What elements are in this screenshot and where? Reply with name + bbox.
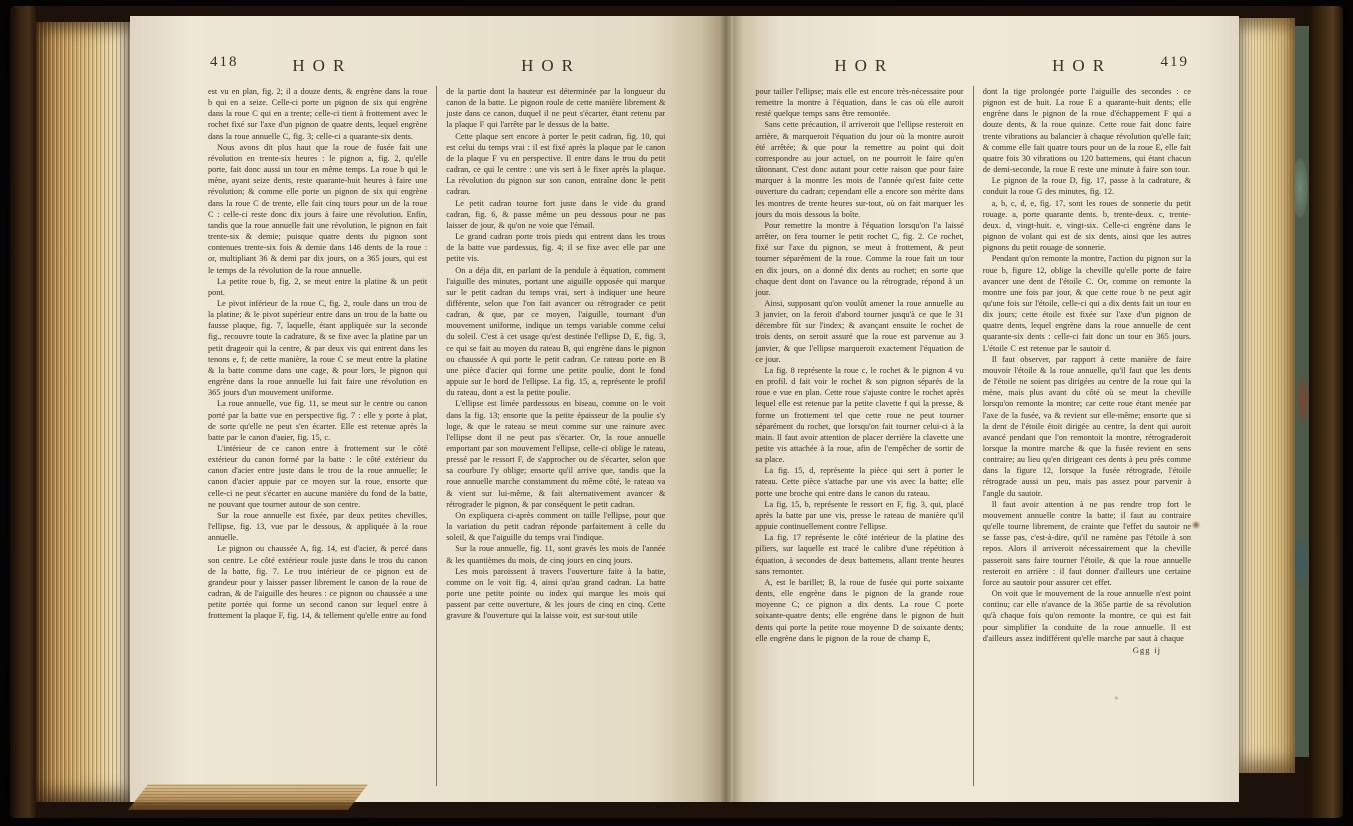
left-page: 418 HOR HOR est vu en plan, fig. 2; il a… <box>130 16 719 802</box>
paragraph: Cette plaque sert encore à porter le pet… <box>446 131 665 198</box>
catchword-signature: Ggg ij <box>983 645 1191 656</box>
paragraph: La roue annuelle, vue fig. 11, se meut s… <box>208 398 427 443</box>
right-page: HOR HOR 419 pour tailler l'ellipse; mais… <box>733 16 1239 802</box>
paragraph: Il faut observer, par rapport à cette ma… <box>983 354 1191 499</box>
paragraph: Il faut avoir attention à ne pas rendre … <box>983 499 1191 588</box>
paragraph: Nous avons dit plus haut que la roue de … <box>208 142 427 276</box>
book: 418 HOR HOR est vu en plan, fig. 2; il a… <box>10 6 1343 818</box>
paragraph: La fig. 8 représente la roue c, le roche… <box>755 365 963 465</box>
paragraph: On voit que le mouvement de la roue annu… <box>983 588 1191 644</box>
text-column: de la partie dont la hauteur est détermi… <box>436 86 665 786</box>
open-spread: 418 HOR HOR est vu en plan, fig. 2; il a… <box>130 6 1239 818</box>
marbled-endpaper <box>1295 26 1309 757</box>
right-fore-edge-pages <box>1239 18 1295 773</box>
running-head: HOR <box>437 56 666 76</box>
paragraph: pour tailler l'ellipse; mais elle est en… <box>755 86 963 119</box>
book-photograph: 418 HOR HOR est vu en plan, fig. 2; il a… <box>0 0 1353 826</box>
page-number: 418 <box>210 54 239 71</box>
page-number: 419 <box>1161 54 1190 71</box>
paragraph: L'ellipse est limée pardessous en biseau… <box>446 398 665 510</box>
running-head: HOR <box>208 56 437 76</box>
paragraph: L'intérieur de ce canon entre à frotteme… <box>208 443 427 510</box>
gutter-shadow <box>719 16 733 802</box>
right-page-header: HOR HOR 419 <box>755 56 1191 76</box>
paragraph: Le petit cadran tourne fort juste dans l… <box>446 198 665 231</box>
paper-stain <box>1191 521 1201 529</box>
right-page-columns: pour tailler l'ellipse; mais elle est en… <box>755 86 1191 786</box>
left-page-header: 418 HOR HOR <box>208 56 665 76</box>
paragraph: Pendant qu'on remonte la montre, l'actio… <box>983 253 1191 353</box>
paragraph: La fig. 15, d, représente la pièce qui s… <box>755 465 963 498</box>
paragraph: A, est le barillet; B, la roue de fusée … <box>755 577 963 644</box>
text-column: est vu en plan, fig. 2; il a douze dents… <box>208 86 436 786</box>
paragraph: dont la tige prolongée porte l'aiguille … <box>983 86 1191 175</box>
paragraph: Le pivot inférieur de la roue C, fig. 2,… <box>208 298 427 398</box>
paragraph: a, b, c, d, e, fig. 17, sont les roues d… <box>983 198 1191 254</box>
paragraph: La fig. 15, b, représente le ressort en … <box>755 499 963 532</box>
left-fore-edge-pages <box>36 22 130 802</box>
paragraph: Ainsi, supposant qu'on voulût amener la … <box>755 298 963 365</box>
paragraph: Pour remettre la montre à l'équation lor… <box>755 220 963 298</box>
text-column: dont la tige prolongée porte l'aiguille … <box>973 86 1191 786</box>
paragraph: Sur la roue annuelle, fig. 11, sont grav… <box>446 543 665 565</box>
right-cover-board <box>1309 6 1343 818</box>
left-page-columns: est vu en plan, fig. 2; il a douze dents… <box>208 86 665 786</box>
text-column: pour tailler l'ellipse; mais elle est en… <box>755 86 972 786</box>
paragraph: Le grand cadran porte trois pieds qui en… <box>446 231 665 264</box>
running-head: HOR <box>755 56 973 76</box>
paragraph: La petite roue b, fig. 2, se meut entre … <box>208 276 427 298</box>
paragraph: est vu en plan, fig. 2; il a douze dents… <box>208 86 427 142</box>
paragraph: On a déja dit, en parlant de la pendule … <box>446 265 665 399</box>
bottom-page-edge <box>128 784 368 810</box>
paragraph: Les mois paroissent à travers l'ouvertur… <box>446 566 665 622</box>
paragraph: Le pignon de la roue D, fig. 17, passe à… <box>983 175 1191 197</box>
paragraph: Le pignon ou chaussée A, fig. 14, est d'… <box>208 543 427 621</box>
paragraph: de la partie dont la hauteur est détermi… <box>446 86 665 131</box>
paragraph: Sans cette précaution, il arriveroit que… <box>755 119 963 219</box>
paragraph: La fig. 17 représente le côté intérieur … <box>755 532 963 577</box>
left-cover-board <box>10 6 36 818</box>
paragraph: Sur la roue annuelle est fixée, par deux… <box>208 510 427 543</box>
running-head: HOR <box>973 56 1191 76</box>
paragraph: On expliquera ci-après comment on taille… <box>446 510 665 543</box>
